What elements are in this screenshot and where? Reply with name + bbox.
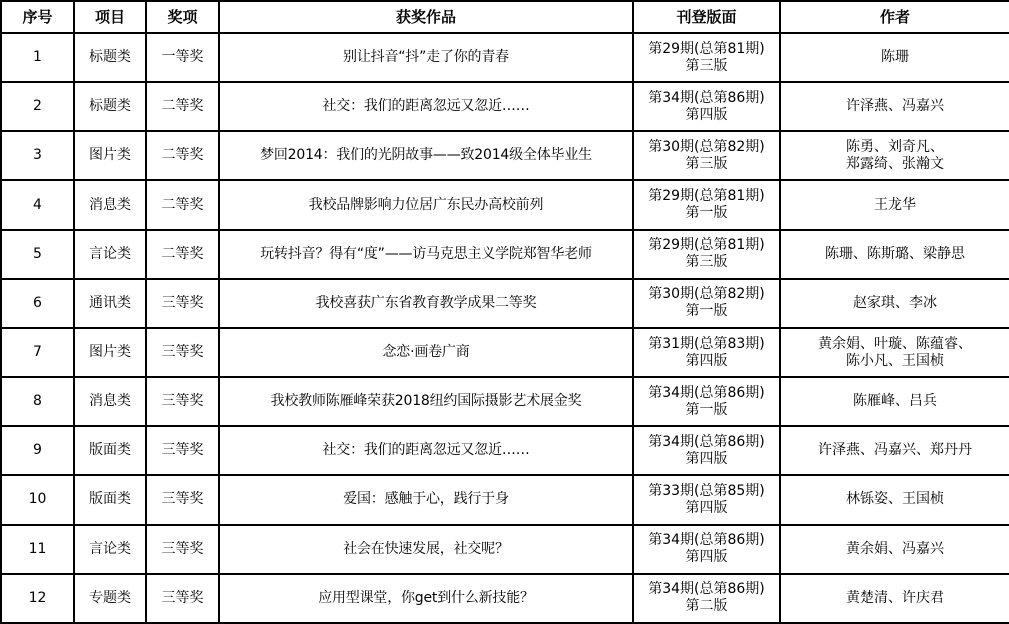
- cell-author: 许泽燕、冯嘉兴: [780, 82, 1009, 131]
- cell-category: 言论类: [74, 525, 146, 574]
- header-work: 获奖作品: [219, 1, 633, 33]
- cell-category: 标题类: [74, 82, 146, 131]
- cell-award: 三等奖: [146, 377, 219, 426]
- cell-author-text: 陈珊: [783, 49, 1007, 66]
- cell-issue-text: 第34期(总第86期): [636, 434, 777, 451]
- cell-work: 梦回2014：我们的光阴故事——致2014级全体毕业生: [219, 131, 633, 180]
- cell-work-text: 玩转抖音？得有“度”——访马克思主义学院郑智华老师: [222, 246, 630, 263]
- cell-issue-text: 第四版: [636, 451, 777, 468]
- cell-award: 二等奖: [146, 82, 219, 131]
- cell-work-text: 梦回2014：我们的光阴故事——致2014级全体毕业生: [222, 147, 630, 164]
- cell-issue-text: 第二版: [636, 598, 777, 615]
- cell-issue-text: 第一版: [636, 402, 777, 419]
- cell-issue-text: 第29期(总第81期): [636, 237, 777, 254]
- cell-work-text: 别让抖音“抖”走了你的青春: [222, 49, 630, 66]
- cell-category-text: 图片类: [77, 344, 143, 361]
- cell-work-text: 社交：我们的距离忽远又忽近……: [222, 98, 630, 115]
- cell-no: 7: [1, 328, 74, 377]
- cell-category-text: 图片类: [77, 147, 143, 164]
- table-body: 1标题类一等奖别让抖音“抖”走了你的青春第29期(总第81期)第三版陈珊2标题类…: [1, 33, 1009, 623]
- cell-issue-text: 第31期(总第83期): [636, 336, 777, 353]
- cell-author-text: 王龙华: [783, 197, 1007, 214]
- cell-issue: 第34期(总第86期)第二版: [633, 574, 780, 623]
- cell-work-text: 我校喜获广东省教育教学成果二等奖: [222, 295, 630, 312]
- cell-work: 爱国：感触于心，践行于身: [219, 475, 633, 524]
- cell-category: 版面类: [74, 475, 146, 524]
- cell-award: 三等奖: [146, 426, 219, 475]
- table-row: 4消息类二等奖我校品牌影响力位居广东民办高校前列第29期(总第81期)第一版王龙…: [1, 180, 1009, 229]
- cell-award-text: 三等奖: [149, 590, 216, 607]
- header-author: 作者: [780, 1, 1009, 33]
- cell-issue: 第29期(总第81期)第三版: [633, 33, 780, 82]
- cell-no-text: 6: [4, 295, 71, 312]
- cell-author-text: 黄楚清、许庆君: [783, 590, 1007, 607]
- cell-issue-text: 第34期(总第86期): [636, 385, 777, 402]
- cell-author: 陈雁峰、吕兵: [780, 377, 1009, 426]
- table-row: 9版面类三等奖社交：我们的距离忽远又忽近……第34期(总第86期)第四版许泽燕、…: [1, 426, 1009, 475]
- cell-no: 1: [1, 33, 74, 82]
- cell-category-text: 版面类: [77, 442, 143, 459]
- cell-issue: 第29期(总第81期)第三版: [633, 230, 780, 279]
- header-no: 序号: [1, 1, 74, 33]
- cell-work: 念恋·画卷广商: [219, 328, 633, 377]
- cell-work-text: 念恋·画卷广商: [222, 344, 630, 361]
- cell-no-text: 5: [4, 246, 71, 263]
- cell-no: 4: [1, 180, 74, 229]
- cell-issue: 第34期(总第86期)第四版: [633, 82, 780, 131]
- cell-award-text: 二等奖: [149, 147, 216, 164]
- cell-category: 标题类: [74, 33, 146, 82]
- cell-author-text: 黄余娟、冯嘉兴: [783, 541, 1007, 558]
- cell-issue: 第34期(总第86期)第四版: [633, 525, 780, 574]
- cell-no-text: 4: [4, 197, 71, 214]
- cell-category: 图片类: [74, 328, 146, 377]
- table-row: 6通讯类三等奖我校喜获广东省教育教学成果二等奖第30期(总第82期)第一版赵家琪…: [1, 279, 1009, 328]
- cell-no: 10: [1, 475, 74, 524]
- cell-no-text: 7: [4, 344, 71, 361]
- cell-category-text: 标题类: [77, 49, 143, 66]
- cell-award-text: 一等奖: [149, 49, 216, 66]
- cell-author: 许泽燕、冯嘉兴、郑丹丹: [780, 426, 1009, 475]
- cell-no-text: 3: [4, 147, 71, 164]
- cell-award-text: 三等奖: [149, 541, 216, 558]
- cell-category: 图片类: [74, 131, 146, 180]
- cell-no: 8: [1, 377, 74, 426]
- cell-issue: 第33期(总第85期)第四版: [633, 475, 780, 524]
- cell-issue: 第34期(总第86期)第四版: [633, 426, 780, 475]
- header-row: 序号 项目 奖项 获奖作品 刊登版面 作者: [1, 1, 1009, 33]
- cell-issue-text: 第30期(总第82期): [636, 139, 777, 156]
- cell-author-text: 陈小凡、王国桢: [783, 353, 1007, 370]
- cell-issue-text: 第34期(总第86期): [636, 90, 777, 107]
- cell-award-text: 三等奖: [149, 442, 216, 459]
- cell-issue-text: 第四版: [636, 107, 777, 124]
- cell-no: 3: [1, 131, 74, 180]
- cell-work: 社交：我们的距离忽远又忽近……: [219, 426, 633, 475]
- cell-author-text: 赵家琪、李冰: [783, 295, 1007, 312]
- cell-award: 三等奖: [146, 475, 219, 524]
- cell-author: 黄余娟、冯嘉兴: [780, 525, 1009, 574]
- header-issue: 刊登版面: [633, 1, 780, 33]
- cell-award-text: 二等奖: [149, 246, 216, 263]
- cell-work-text: 社交：我们的距离忽远又忽近……: [222, 442, 630, 459]
- cell-category-text: 通讯类: [77, 295, 143, 312]
- cell-award-text: 三等奖: [149, 491, 216, 508]
- cell-category-text: 消息类: [77, 393, 143, 410]
- cell-work: 社会在快速发展，社交呢？: [219, 525, 633, 574]
- table-row: 2标题类二等奖社交：我们的距离忽远又忽近……第34期(总第86期)第四版许泽燕、…: [1, 82, 1009, 131]
- cell-award: 三等奖: [146, 328, 219, 377]
- cell-issue-text: 第三版: [636, 254, 777, 271]
- cell-issue-text: 第29期(总第81期): [636, 188, 777, 205]
- cell-author-text: 陈珊、陈斯璐、梁静思: [783, 246, 1007, 263]
- cell-no: 9: [1, 426, 74, 475]
- cell-author-text: 陈勇、刘奇凡、: [783, 139, 1007, 156]
- cell-work: 应用型课堂，你get到什么新技能？: [219, 574, 633, 623]
- cell-no: 11: [1, 525, 74, 574]
- cell-no: 6: [1, 279, 74, 328]
- header-category: 项目: [74, 1, 146, 33]
- table-row: 8消息类三等奖我校教师陈雁峰荣获2018纽约国际摄影艺术展金奖第34期(总第86…: [1, 377, 1009, 426]
- cell-award-text: 二等奖: [149, 98, 216, 115]
- cell-category-text: 言论类: [77, 246, 143, 263]
- cell-work: 我校喜获广东省教育教学成果二等奖: [219, 279, 633, 328]
- cell-author: 黄余娟、叶璇、陈蕴睿、陈小凡、王国桢: [780, 328, 1009, 377]
- table-row: 7图片类三等奖念恋·画卷广商第31期(总第83期)第四版黄余娟、叶璇、陈蕴睿、陈…: [1, 328, 1009, 377]
- table-row: 3图片类二等奖梦回2014：我们的光阴故事——致2014级全体毕业生第30期(总…: [1, 131, 1009, 180]
- cell-issue: 第30期(总第82期)第三版: [633, 131, 780, 180]
- cell-award: 三等奖: [146, 574, 219, 623]
- cell-issue-text: 第34期(总第86期): [636, 532, 777, 549]
- cell-issue-text: 第三版: [636, 156, 777, 173]
- cell-author-text: 许泽燕、冯嘉兴: [783, 98, 1007, 115]
- cell-work: 玩转抖音？得有“度”——访马克思主义学院郑智华老师: [219, 230, 633, 279]
- cell-no: 12: [1, 574, 74, 623]
- cell-no: 2: [1, 82, 74, 131]
- cell-work: 社交：我们的距离忽远又忽近……: [219, 82, 633, 131]
- cell-category-text: 标题类: [77, 98, 143, 115]
- cell-issue-text: 第四版: [636, 500, 777, 517]
- cell-work-text: 我校品牌影响力位居广东民办高校前列: [222, 197, 630, 214]
- cell-no-text: 2: [4, 98, 71, 115]
- cell-no-text: 12: [4, 590, 71, 607]
- table-row: 5言论类二等奖玩转抖音？得有“度”——访马克思主义学院郑智华老师第29期(总第8…: [1, 230, 1009, 279]
- awards-table: 序号 项目 奖项 获奖作品 刊登版面 作者 1标题类一等奖别让抖音“抖”走了你的…: [0, 0, 1009, 624]
- cell-work-text: 我校教师陈雁峰荣获2018纽约国际摄影艺术展金奖: [222, 393, 630, 410]
- cell-work-text: 应用型课堂，你get到什么新技能？: [222, 590, 630, 607]
- cell-work: 我校教师陈雁峰荣获2018纽约国际摄影艺术展金奖: [219, 377, 633, 426]
- cell-issue-text: 第33期(总第85期): [636, 483, 777, 500]
- cell-award: 三等奖: [146, 279, 219, 328]
- cell-category: 消息类: [74, 377, 146, 426]
- cell-issue-text: 第三版: [636, 58, 777, 75]
- cell-author-text: 黄余娟、叶璇、陈蕴睿、: [783, 336, 1007, 353]
- cell-category: 专题类: [74, 574, 146, 623]
- cell-author: 陈勇、刘奇凡、郑露绮、张瀚文: [780, 131, 1009, 180]
- cell-author: 陈珊: [780, 33, 1009, 82]
- cell-no: 5: [1, 230, 74, 279]
- cell-award-text: 二等奖: [149, 197, 216, 214]
- cell-issue-text: 第一版: [636, 303, 777, 320]
- cell-issue: 第30期(总第82期)第一版: [633, 279, 780, 328]
- cell-issue-text: 第34期(总第86期): [636, 581, 777, 598]
- cell-issue-text: 第四版: [636, 353, 777, 370]
- cell-author: 陈珊、陈斯璐、梁静思: [780, 230, 1009, 279]
- cell-award: 一等奖: [146, 33, 219, 82]
- cell-category-text: 版面类: [77, 491, 143, 508]
- cell-category: 消息类: [74, 180, 146, 229]
- table-row: 11言论类三等奖社会在快速发展，社交呢？第34期(总第86期)第四版黄余娟、冯嘉…: [1, 525, 1009, 574]
- cell-issue-text: 第29期(总第81期): [636, 41, 777, 58]
- cell-award-text: 三等奖: [149, 393, 216, 410]
- cell-category-text: 消息类: [77, 197, 143, 214]
- cell-no-text: 10: [4, 491, 71, 508]
- table-row: 10版面类三等奖爱国：感触于心，践行于身第33期(总第85期)第四版林铄姿、王国…: [1, 475, 1009, 524]
- cell-author: 王龙华: [780, 180, 1009, 229]
- cell-work: 别让抖音“抖”走了你的青春: [219, 33, 633, 82]
- cell-award-text: 三等奖: [149, 295, 216, 312]
- cell-author-text: 林铄姿、王国桢: [783, 491, 1007, 508]
- cell-award: 二等奖: [146, 131, 219, 180]
- cell-no-text: 9: [4, 442, 71, 459]
- cell-award: 三等奖: [146, 525, 219, 574]
- cell-no-text: 11: [4, 541, 71, 558]
- cell-category: 言论类: [74, 230, 146, 279]
- cell-author: 林铄姿、王国桢: [780, 475, 1009, 524]
- cell-issue: 第29期(总第81期)第一版: [633, 180, 780, 229]
- cell-author: 赵家琪、李冰: [780, 279, 1009, 328]
- cell-category: 版面类: [74, 426, 146, 475]
- cell-issue-text: 第一版: [636, 205, 777, 222]
- cell-issue-text: 第四版: [636, 549, 777, 566]
- cell-work-text: 爱国：感触于心，践行于身: [222, 491, 630, 508]
- cell-author-text: 陈雁峰、吕兵: [783, 393, 1007, 410]
- cell-author: 黄楚清、许庆君: [780, 574, 1009, 623]
- table-row: 12专题类三等奖应用型课堂，你get到什么新技能？第34期(总第86期)第二版黄…: [1, 574, 1009, 623]
- cell-work: 我校品牌影响力位居广东民办高校前列: [219, 180, 633, 229]
- cell-award-text: 三等奖: [149, 344, 216, 361]
- cell-category: 通讯类: [74, 279, 146, 328]
- cell-issue: 第34期(总第86期)第一版: [633, 377, 780, 426]
- header-award: 奖项: [146, 1, 219, 33]
- cell-category-text: 言论类: [77, 541, 143, 558]
- cell-no-text: 1: [4, 49, 71, 66]
- table-row: 1标题类一等奖别让抖音“抖”走了你的青春第29期(总第81期)第三版陈珊: [1, 33, 1009, 82]
- cell-issue-text: 第30期(总第82期): [636, 286, 777, 303]
- cell-no-text: 8: [4, 393, 71, 410]
- cell-award: 二等奖: [146, 180, 219, 229]
- cell-award: 二等奖: [146, 230, 219, 279]
- cell-work-text: 社会在快速发展，社交呢？: [222, 541, 630, 558]
- cell-author-text: 许泽燕、冯嘉兴、郑丹丹: [783, 442, 1007, 459]
- cell-issue: 第31期(总第83期)第四版: [633, 328, 780, 377]
- cell-category-text: 专题类: [77, 590, 143, 607]
- cell-author-text: 郑露绮、张瀚文: [783, 156, 1007, 173]
